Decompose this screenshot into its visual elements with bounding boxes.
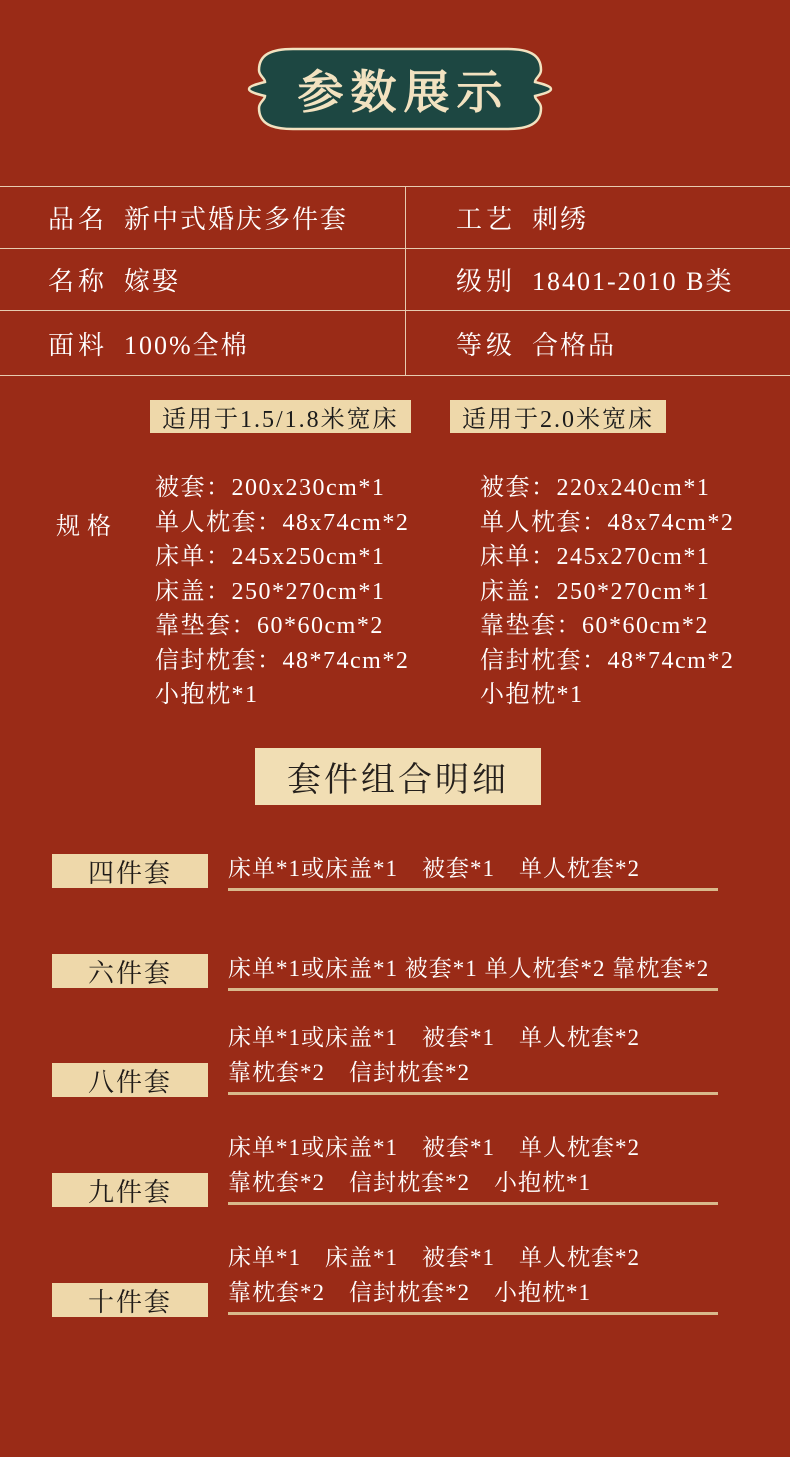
table-row: 面料 100%全棉 等级 合格品 — [0, 311, 790, 376]
spec-line: 床单：245x270cm*1 — [480, 540, 734, 575]
parameter-table: 品名 新中式婚庆多件套 工艺 刺绣 名称 嫁娶 级别 18401-2010 B类… — [0, 186, 790, 376]
table-cell-product-name: 品名 新中式婚庆多件套 — [0, 187, 405, 248]
field-value: 嫁娶 — [124, 261, 180, 298]
combo-badge-4pc: 四件套 — [52, 854, 208, 888]
spec-line: 单人枕套：48x74cm*2 — [480, 506, 734, 541]
page-title: 参数展示 — [247, 46, 553, 132]
field-value: 新中式婚庆多件套 — [124, 199, 348, 236]
combo-line: 床单*1或床盖*1 被套*1 单人枕套*2 — [228, 1020, 718, 1055]
combo-line: 靠枕套*2 信封枕套*2 小抱枕*1 — [228, 1165, 718, 1200]
field-label: 等级 — [456, 325, 516, 362]
spec-line: 床单：245x250cm*1 — [155, 540, 409, 575]
table-row: 品名 新中式婚庆多件套 工艺 刺绣 — [0, 186, 790, 249]
field-label: 工艺 — [456, 199, 516, 236]
combo-line: 床单*1或床盖*1 被套*1 单人枕套*2 — [228, 1130, 718, 1165]
spec-line: 信封枕套：48*74cm*2 — [480, 644, 734, 679]
table-cell-quality-level: 等级 合格品 — [405, 311, 790, 375]
table-row: 名称 嫁娶 级别 18401-2010 B类 — [0, 249, 790, 311]
combo-line: 靠枕套*2 信封枕套*2 小抱枕*1 — [228, 1275, 718, 1310]
combo-line: 床单*1或床盖*1 被套*1 单人枕套*2 — [228, 851, 718, 886]
spec-line: 被套：200x230cm*1 — [155, 471, 409, 506]
spec-line: 小抱枕*1 — [480, 678, 734, 713]
field-value: 合格品 — [532, 325, 616, 362]
table-cell-grade: 级别 18401-2010 B类 — [405, 249, 790, 310]
table-cell-name: 名称 嫁娶 — [0, 249, 405, 310]
combo-content-10pc: 床单*1 床盖*1 被套*1 单人枕套*2 靠枕套*2 信封枕套*2 小抱枕*1 — [228, 1240, 718, 1315]
spec-line: 床盖：250*270cm*1 — [155, 575, 409, 610]
specs-section-label: 规格 — [56, 506, 118, 541]
combo-section-title: 套件组合明细 — [255, 748, 541, 805]
specs-column-1: 被套：200x230cm*1 单人枕套：48x74cm*2 床单：245x250… — [155, 471, 409, 713]
field-label: 面料 — [48, 325, 108, 362]
parameter-banner: 参数展示 — [247, 46, 553, 132]
spec-line: 信封枕套：48*74cm*2 — [155, 644, 409, 679]
size-tag-2-0m: 适用于2.0米宽床 — [450, 400, 666, 433]
field-value: 刺绣 — [532, 199, 588, 236]
spec-line: 小抱枕*1 — [155, 678, 409, 713]
spec-line: 被套：220x240cm*1 — [480, 471, 734, 506]
spec-line: 靠垫套：60*60cm*2 — [480, 609, 734, 644]
combo-line: 床单*1 床盖*1 被套*1 单人枕套*2 — [228, 1240, 718, 1275]
spec-line: 单人枕套：48x74cm*2 — [155, 506, 409, 541]
size-tag-1-5-1-8m: 适用于1.5/1.8米宽床 — [150, 400, 411, 433]
combo-line: 靠枕套*2 信封枕套*2 — [228, 1055, 718, 1090]
product-parameter-page: 参数展示 品名 新中式婚庆多件套 工艺 刺绣 名称 嫁娶 级别 18401-20… — [0, 0, 790, 1457]
field-value: 18401-2010 B类 — [532, 261, 734, 298]
table-cell-craft: 工艺 刺绣 — [405, 187, 790, 248]
combo-badge-6pc: 六件套 — [52, 954, 208, 988]
field-value: 100%全棉 — [124, 325, 249, 362]
combo-badge-8pc: 八件套 — [52, 1063, 208, 1097]
combo-content-6pc: 床单*1或床盖*1 被套*1 单人枕套*2 靠枕套*2 — [228, 951, 718, 991]
combo-content-9pc: 床单*1或床盖*1 被套*1 单人枕套*2 靠枕套*2 信封枕套*2 小抱枕*1 — [228, 1130, 718, 1205]
combo-badge-10pc: 十件套 — [52, 1283, 208, 1317]
specs-column-2: 被套：220x240cm*1 单人枕套：48x74cm*2 床单：245x270… — [480, 471, 734, 713]
field-label: 级别 — [456, 261, 516, 298]
combo-content-4pc: 床单*1或床盖*1 被套*1 单人枕套*2 — [228, 851, 718, 891]
field-label: 名称 — [48, 261, 108, 298]
table-cell-fabric: 面料 100%全棉 — [0, 311, 405, 375]
spec-line: 靠垫套：60*60cm*2 — [155, 609, 409, 644]
combo-line: 床单*1或床盖*1 被套*1 单人枕套*2 靠枕套*2 — [228, 951, 718, 986]
field-label: 品名 — [48, 199, 108, 236]
spec-line: 床盖：250*270cm*1 — [480, 575, 734, 610]
combo-badge-9pc: 九件套 — [52, 1173, 208, 1207]
combo-content-8pc: 床单*1或床盖*1 被套*1 单人枕套*2 靠枕套*2 信封枕套*2 — [228, 1020, 718, 1095]
